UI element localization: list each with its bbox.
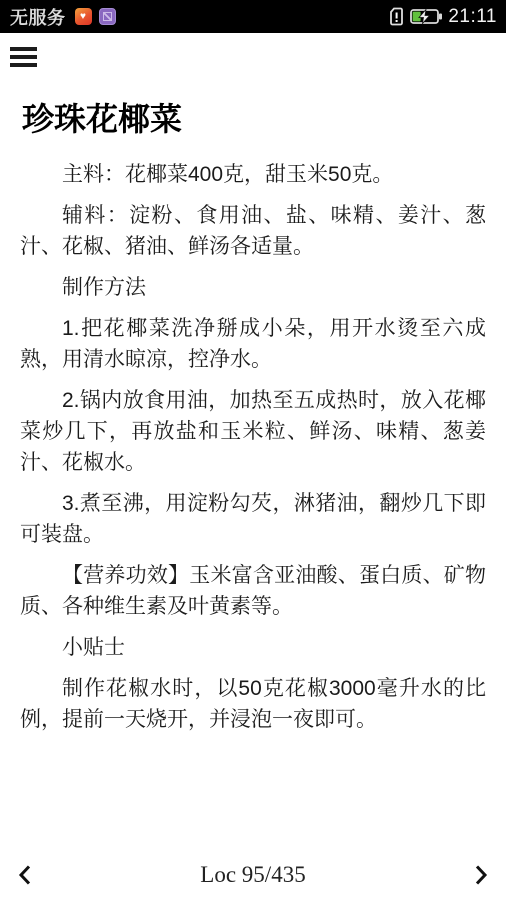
clock-text: 21:11 (448, 6, 497, 28)
status-bar: 无服务 ♥ 21:11 (0, 0, 506, 33)
reader-app: { "status_bar": { "carrier_label": "无服务"… (0, 0, 506, 900)
heart-glyph: ♥ (80, 12, 86, 22)
page-title: 珍珠花椰菜 (22, 100, 486, 138)
paragraph-step-1: 1.把花椰菜洗净掰成小朵，用开水烫至六成熟，用清水晾凉，控净水。 (20, 313, 486, 375)
hamburger-bar (10, 63, 37, 67)
paragraph-method-heading: 制作方法 (20, 272, 486, 303)
status-bar-right: 21:11 (389, 6, 497, 28)
location-indicator: Loc 95/435 (0, 862, 506, 888)
paragraph-ingredients-main: 主料：花椰菜400克，甜玉米50克。 (20, 159, 486, 190)
paragraph-nutrition: 【营养功效】玉米富含亚油酸、蛋白质、矿物质、各种维生素及叶黄素等。 (20, 560, 486, 622)
recipe-body: 主料：花椰菜400克，甜玉米50克。 辅料：淀粉、食用油、盐、味精、姜汁、葱汁、… (0, 159, 506, 735)
paragraph-tips-body: 制作花椒水时，以50克花椒3000毫升水的比例，提前一天烧开，并浸泡一夜即可。 (20, 673, 486, 735)
carrier-status-text: 无服务 (10, 4, 66, 30)
notification-icons: ♥ (75, 8, 116, 25)
sim-missing-alert-icon (389, 7, 404, 26)
menu-button[interactable] (10, 47, 37, 67)
pager-footer: Loc 95/435 (0, 850, 506, 900)
hamburger-icon (10, 47, 37, 51)
orange-app-notification-icon: ♥ (75, 8, 92, 25)
paragraph-ingredients-aux: 辅料：淀粉、食用油、盐、味精、姜汁、葱汁、花椒、猪油、鲜汤各适量。 (20, 200, 486, 262)
pattern-glyph (103, 12, 112, 21)
purple-app-notification-icon (99, 8, 116, 25)
battery-charging-icon (410, 8, 442, 25)
paragraph-tips-heading: 小贴士 (20, 632, 486, 663)
hamburger-bar (10, 55, 37, 59)
paragraph-step-3: 3.煮至沸，用淀粉勾芡，淋猪油，翻炒几下即可装盘。 (20, 488, 486, 550)
paragraph-step-2: 2.锅内放食用油，加热至五成热时，放入花椰菜炒几下，再放盐和玉米粒、鲜汤、味精、… (20, 385, 486, 478)
